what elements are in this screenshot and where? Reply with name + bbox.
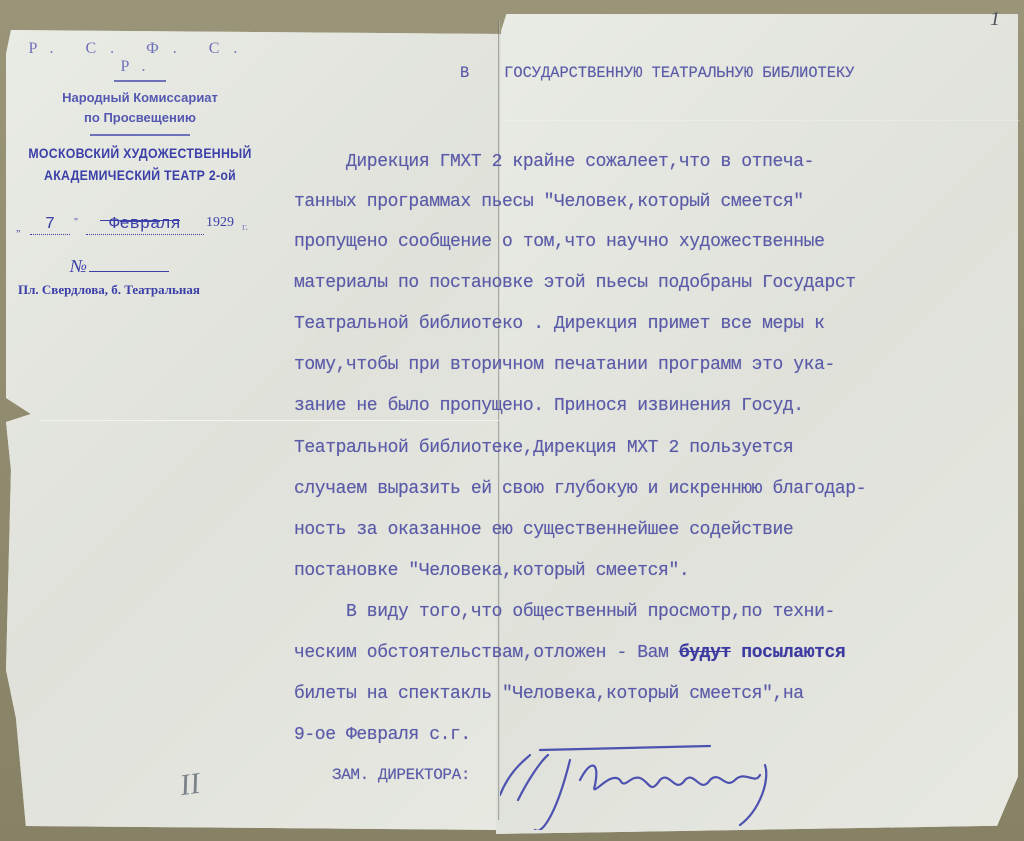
letterhead-address: Пл. Свердлова, б. Театральная <box>18 282 268 298</box>
body-line: билеты на спектакль "Человека,который см… <box>294 684 804 704</box>
signature-icon <box>500 740 800 830</box>
paper-crease <box>40 420 500 421</box>
body-line: Театральной библиотеко . Дирекция примет… <box>294 314 825 334</box>
body-line: танных программах пьесы "Человек,который… <box>294 192 804 212</box>
date-year: 1929 <box>206 215 234 231</box>
date-month: Февраля <box>86 215 204 235</box>
paper-crease <box>500 120 1020 121</box>
letterhead-ministry-1: Народный Комиссариат <box>10 88 270 108</box>
signoff-title: ЗАМ. ДИРЕКТОРА: <box>332 766 470 784</box>
letter-number: № <box>70 256 169 277</box>
addressee-preposition: В <box>460 64 504 82</box>
page-number: 1 <box>990 8 1000 31</box>
document-sheet-right <box>496 14 1018 834</box>
date-day: 7 <box>30 215 70 235</box>
letterhead-theatre-2: АКАДЕМИЧЕСКИЙ ТЕАТР 2-ой <box>26 164 255 186</box>
body-line: В виду того,что общественный просмотр,по… <box>294 602 835 622</box>
letterhead-theatre-1: МОСКОВСКИЙ ХУДОЖЕСТВЕННЫЙ <box>26 142 255 164</box>
letterhead-stamp: Р. С. Ф. С. Р. Народный Комиссариат по П… <box>10 40 270 230</box>
addressee-recipient: ГОСУДАРСТВЕННУЮ ТЕАТРАЛЬНУЮ БИБЛИОТЕКУ <box>504 64 854 82</box>
date-year-suffix: г. <box>242 221 248 233</box>
body-line: 9-ое Февраля с.г. <box>294 725 471 745</box>
body-line: Театральной библиотеке,Дирекция МХТ 2 по… <box>294 438 793 458</box>
letterhead-republic: Р. С. Ф. С. Р. <box>10 40 270 76</box>
body-line-text: ческим обстоятельствам,отложен - Вам <box>294 643 679 663</box>
body-line: ность за оказанное ею существеннейшее со… <box>294 520 793 540</box>
letterhead-rule <box>114 80 166 82</box>
number-label: № <box>70 256 87 276</box>
date-quote-open: „ <box>16 223 20 234</box>
letterhead-ministry-2: по Просвещению <box>10 108 270 128</box>
addressee: ВГОСУДАРСТВЕННУЮ ТЕАТРАЛЬНУЮ БИБЛИОТЕКУ <box>460 64 854 82</box>
body-line: случаем выразить ей свою глубокую и искр… <box>294 479 866 499</box>
body-line: тому,чтобы при вторичном печатании прогр… <box>294 355 835 375</box>
body-line: Дирекция ГМХТ 2 крайне сожалеет,что в от… <box>294 152 814 172</box>
number-line <box>89 271 169 272</box>
body-line: зание не было пропущено. Принося извинен… <box>294 396 804 416</box>
body-line: пропущено сообщение о том,что научно худ… <box>294 232 825 252</box>
body-line-with-correction: ческим обстоятельствам,отложен - Вам буд… <box>294 643 845 663</box>
date-quote-close: " <box>74 217 78 228</box>
body-line: постановке "Человека,который смеется". <box>294 561 689 581</box>
letterhead-rule <box>90 134 190 136</box>
body-line: материалы по постановке этой пьесы подоб… <box>294 273 856 293</box>
inserted-word: посылаются <box>741 643 845 663</box>
overstruck-word: будут <box>679 643 731 663</box>
